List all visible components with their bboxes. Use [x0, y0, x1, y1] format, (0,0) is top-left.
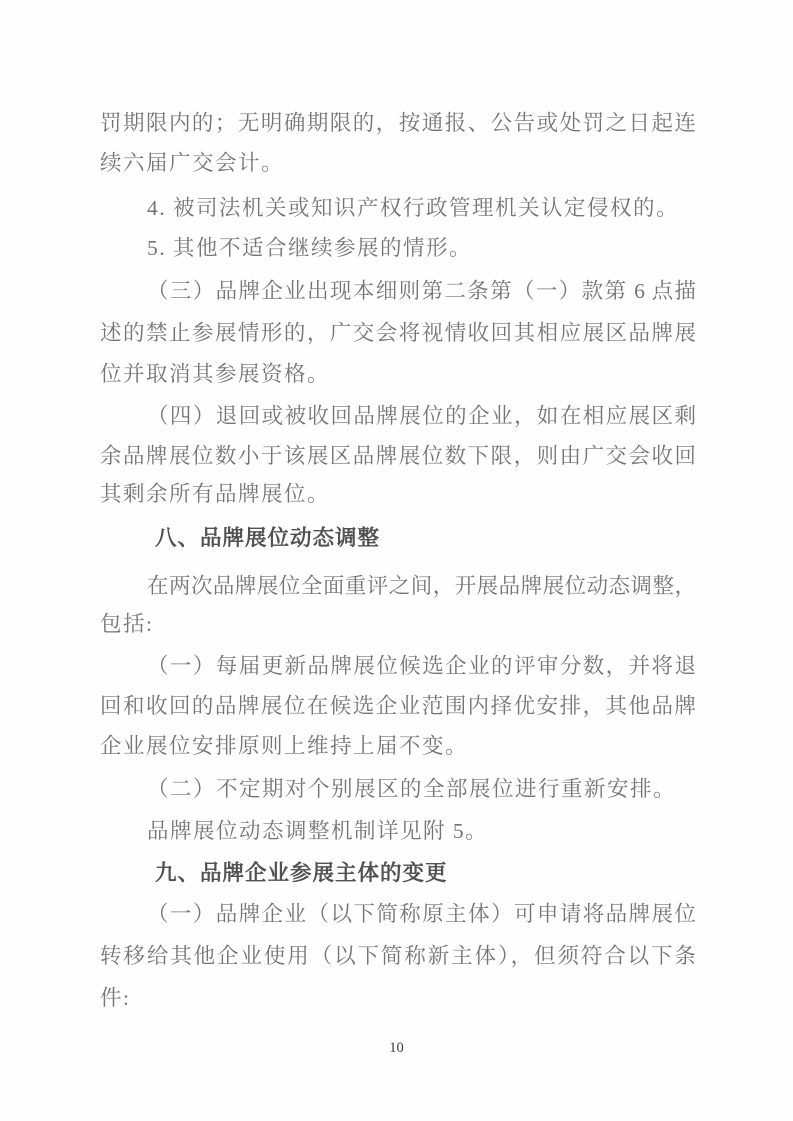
list-item-4: 4. 被司法机关或知识产权行政管理机关认定侵权的。	[100, 193, 696, 225]
paragraph-line: 余品牌展位数小于该展区品牌展位数下限，则由广交会收回	[100, 441, 696, 473]
page-number: 10	[0, 1040, 793, 1057]
paragraph-line: 包括:	[100, 609, 696, 641]
section-heading-9: 九、品牌企业参展主体的变更	[100, 858, 696, 890]
paragraph-line: 位并取消其参展资格。	[100, 359, 696, 391]
paragraph-line: 转移给其他企业使用（以下简称新主体），但须符合以下条	[100, 941, 696, 973]
paragraph-line: 回和收回的品牌展位在候选企业范围内择优安排，其他品牌	[100, 691, 696, 723]
paragraph-line: （三）品牌企业出现本细则第二条第（一）款第 6 点描	[100, 276, 696, 308]
paragraph-line: 其剩余所有品牌展位。	[100, 479, 696, 511]
document-page: 罚期限内的；无明确期限的，按通报、公告或处罚之日起连 续六届广交会计。 4. 被…	[0, 0, 793, 1121]
paragraph-line: 件:	[100, 983, 696, 1015]
paragraph-line: 罚期限内的；无明确期限的，按通报、公告或处罚之日起连	[100, 108, 696, 140]
paragraph-line: （四）退回或被收回品牌展位的企业，如在相应展区剩	[100, 401, 696, 433]
paragraph-line: （一）每届更新品牌展位候选企业的评审分数，并将退	[100, 651, 696, 683]
paragraph-line: （二）不定期对个别展区的全部展位进行重新安排。	[100, 774, 696, 806]
paragraph-line: （一）品牌企业（以下简称原主体）可申请将品牌展位	[100, 899, 696, 931]
paragraph-line: 述的禁止参展情形的，广交会将视情收回其相应展区品牌展	[100, 318, 696, 350]
list-item-5: 5. 其他不适合继续参展的情形。	[100, 233, 696, 265]
paragraph-line: 品牌展位动态调整机制详见附 5。	[100, 816, 696, 848]
paragraph-line: 续六届广交会计。	[100, 148, 696, 180]
paragraph-line: 企业展位安排原则上维持上届不变。	[100, 731, 696, 763]
section-heading-8: 八、品牌展位动态调整	[100, 523, 696, 555]
paragraph-line: 在两次品牌展位全面重评之间，开展品牌展位动态调整，	[100, 571, 696, 603]
